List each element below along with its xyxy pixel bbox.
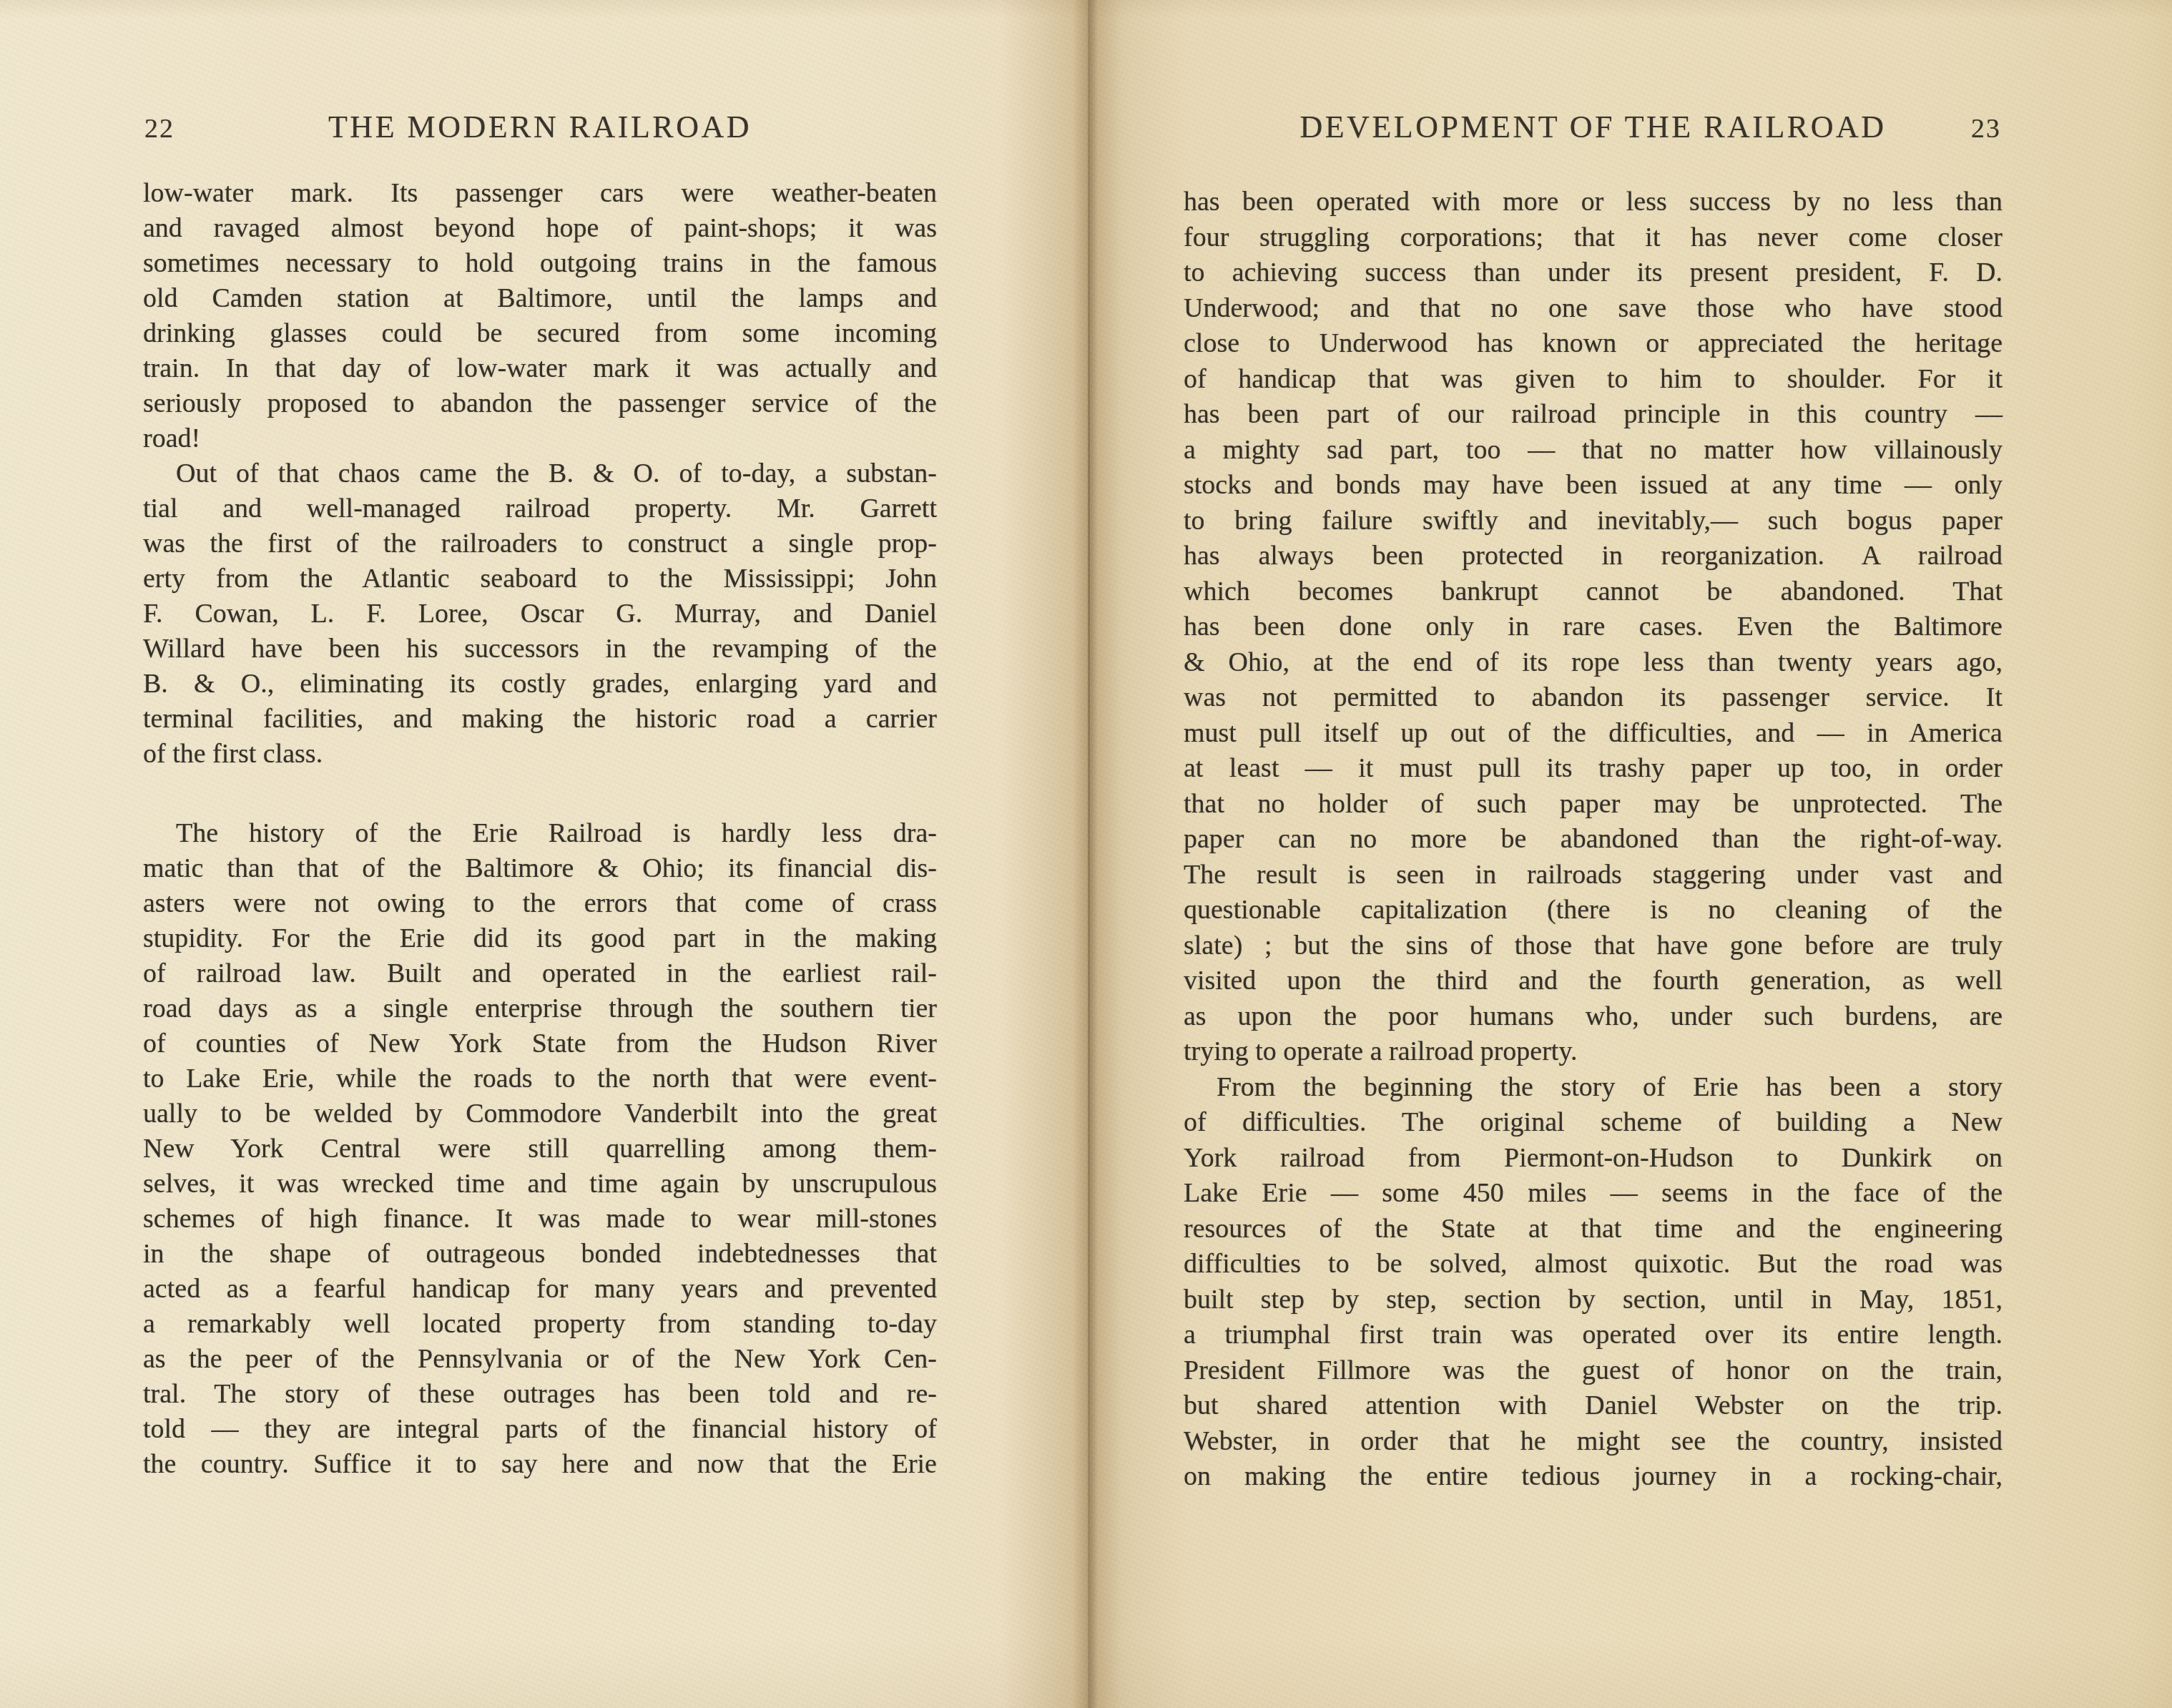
right-page-header: DEVELOPMENT OF THE RAILROAD 23	[1184, 109, 2003, 149]
text-line: F. Cowan, L. F. Loree, Oscar G. Murray, …	[143, 597, 937, 632]
text-line: in the shape of outrageous bonded indebt…	[143, 1237, 937, 1272]
text-line: slate) ; but the sins of those that have…	[1184, 928, 2003, 964]
text-line: paper can no more be abandoned than the …	[1184, 822, 2003, 858]
text-line: but shared attention with Daniel Webster…	[1184, 1388, 2003, 1424]
text-line: of difficulties. The original scheme of …	[1184, 1105, 2003, 1141]
right-page-number: 23	[1971, 113, 2001, 144]
text-line: and ravaged almost beyond hope of paint-…	[143, 211, 937, 246]
text-line: low-water mark. Its passenger cars were …	[143, 176, 937, 211]
text-line: New York Central were still quarrelling …	[143, 1132, 937, 1167]
text-line: From the beginning the story of Erie has…	[1184, 1070, 2003, 1106]
text-line: to Lake Erie, while the roads to the nor…	[143, 1061, 937, 1096]
text-line: has been part of our railroad principle …	[1184, 397, 2003, 433]
text-line: tial and well-managed railroad property.…	[143, 491, 937, 526]
text-line: to achieving success than under its pres…	[1184, 255, 2003, 291]
left-running-title: THE MODERN RAILROAD	[143, 109, 937, 145]
text-line: seriously proposed to abandon the passen…	[143, 386, 937, 421]
text-line: the country. Suffice it to say here and …	[143, 1447, 937, 1482]
text-line: tral. The story of these outrages has be…	[143, 1377, 937, 1412]
text-line: visited upon the third and the fourth ge…	[1184, 963, 2003, 999]
text-line: a triumphal first train was operated ove…	[1184, 1317, 2003, 1353]
text-line: Webster, in order that he might see the …	[1184, 1424, 2003, 1460]
text-line: a mighty sad part, too — that no matter …	[1184, 433, 2003, 468]
text-line: Willard have been his successors in the …	[143, 632, 937, 667]
left-page-header: 22 THE MODERN RAILROAD	[143, 109, 937, 149]
left-page: 22 THE MODERN RAILROAD low-water mark. I…	[143, 0, 937, 1708]
text-line: that no holder of such paper may be unpr…	[1184, 787, 2003, 823]
text-line: Underwood; and that no one save those wh…	[1184, 291, 2003, 327]
text-line: erty from the Atlantic seaboard to the M…	[143, 561, 937, 597]
text-line: Out of that chaos came the B. & O. of to…	[143, 456, 937, 491]
text-line: of the first class.	[143, 737, 937, 772]
text-line: to bring failure swiftly and inevitably,…	[1184, 504, 2003, 539]
text-line: four struggling corporations; that it ha…	[1184, 220, 2003, 256]
text-line: as upon the poor humans who, under such …	[1184, 999, 2003, 1035]
text-line: was the first of the railroaders to cons…	[143, 526, 937, 561]
text-line: as the peer of the Pennsylvania or of th…	[143, 1342, 937, 1377]
text-line: built step by step, section by section, …	[1184, 1282, 2003, 1318]
right-running-title: DEVELOPMENT OF THE RAILROAD	[1184, 109, 2003, 145]
page-gutter-shadow	[1001, 0, 1187, 1708]
text-line: difficulties to be solved, almost quixot…	[1184, 1247, 2003, 1282]
right-page-text: has been operated with more or less succ…	[1184, 185, 2003, 1495]
text-line: Lake Erie — some 450 miles — seems in th…	[1184, 1176, 2003, 1212]
text-line: asters were not owing to the errors that…	[143, 886, 937, 921]
text-line: matic than that of the Baltimore & Ohio;…	[143, 851, 937, 886]
text-line: stupidity. For the Erie did its good par…	[143, 921, 937, 956]
text-line: close to Underwood has known or apprecia…	[1184, 326, 2003, 362]
text-line: told — they are integral parts of the fi…	[143, 1412, 937, 1447]
text-line: The result is seen in railroads staggeri…	[1184, 858, 2003, 893]
left-page-text: low-water mark. Its passenger cars were …	[143, 176, 937, 1482]
text-line: selves, it was wrecked time and time aga…	[143, 1167, 937, 1202]
text-line: B. & O., eliminating its costly grades, …	[143, 667, 937, 702]
text-line: road days as a single enterprise through…	[143, 991, 937, 1026]
text-line: terminal facilities, and making the hist…	[143, 702, 937, 737]
text-line: ually to be welded by Commodore Vanderbi…	[143, 1096, 937, 1132]
text-line: questionable capitalization (there is no…	[1184, 893, 2003, 928]
text-line: drinking glasses could be secured from s…	[143, 316, 937, 351]
text-line: stocks and bonds may have been issued at…	[1184, 468, 2003, 504]
text-line: of railroad law. Built and operated in t…	[143, 956, 937, 991]
text-line: at least — it must pull its trashy paper…	[1184, 751, 2003, 787]
binding-crease	[1088, 0, 1090, 1708]
text-line: a remarkably well located property from …	[143, 1307, 937, 1342]
text-line: of counties of New York State from the H…	[143, 1026, 937, 1061]
text-line: was not permitted to abandon its passeng…	[1184, 680, 2003, 716]
text-line: must pull itself up out of the difficult…	[1184, 716, 2003, 752]
text-line: & Ohio, at the end of its rope less than…	[1184, 645, 2003, 681]
text-line: has always been protected in reorganizat…	[1184, 539, 2003, 574]
book-spread: 22 THE MODERN RAILROAD low-water mark. I…	[0, 0, 2172, 1708]
text-line: schemes of high finance. It was made to …	[143, 1202, 937, 1237]
text-line: old Camden station at Baltimore, until t…	[143, 281, 937, 316]
text-line: which becomes bankrupt cannot be abandon…	[1184, 574, 2003, 610]
text-line: acted as a fearful handicap for many yea…	[143, 1272, 937, 1307]
text-line: road!	[143, 421, 937, 456]
text-line: has been operated with more or less succ…	[1184, 185, 2003, 220]
text-line: train. In that day of low-water mark it …	[143, 351, 937, 386]
right-page: DEVELOPMENT OF THE RAILROAD 23 has been …	[1184, 0, 2003, 1708]
text-line: The history of the Erie Railroad is hard…	[143, 816, 937, 851]
text-line: trying to operate a railroad property.	[1184, 1034, 2003, 1070]
text-line: resources of the State at that time and …	[1184, 1212, 2003, 1247]
text-line: has been done only in rare cases. Even t…	[1184, 609, 2003, 645]
text-line: President Fillmore was the guest of hono…	[1184, 1353, 2003, 1389]
text-line: on making the entire tedious journey in …	[1184, 1459, 2003, 1495]
text-line: of handicap that was given to him to sho…	[1184, 362, 2003, 398]
text-line: York railroad from Piermont-on-Hudson to…	[1184, 1141, 2003, 1177]
text-line: sometimes necessary to hold outgoing tra…	[143, 246, 937, 281]
